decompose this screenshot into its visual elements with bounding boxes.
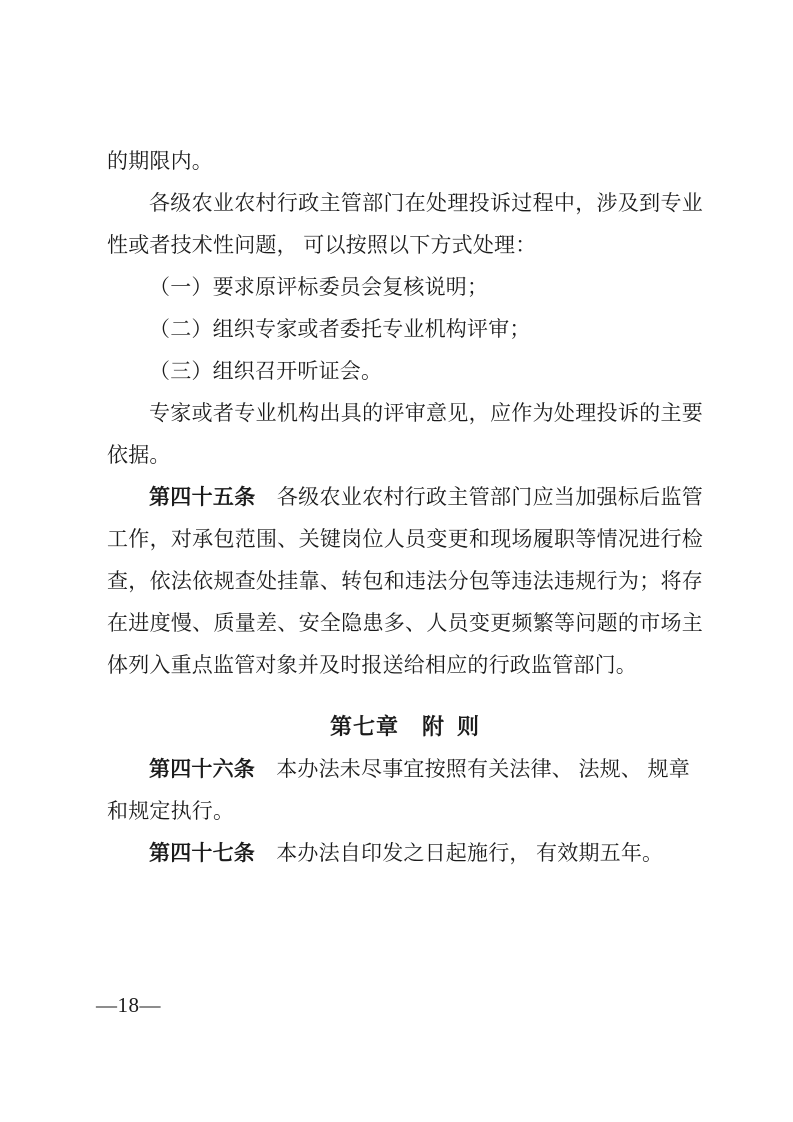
paragraph-process-methods: 各级农业农村行政主管部门在处理投诉过程中，涉及到专业性或者技术性问题， 可以按照… bbox=[107, 182, 703, 266]
article-number-label: 第四十六条 bbox=[149, 757, 255, 781]
list-item-text: （三）组织召开听证会。 bbox=[149, 359, 382, 383]
document-body: 的期限内。 各级农业农村行政主管部门在处理投诉过程中，涉及到专业性或者技术性问题… bbox=[107, 140, 703, 874]
page-number: —18— bbox=[96, 992, 161, 1018]
chapter-heading-text: 第七章 附 则 bbox=[330, 714, 480, 739]
article-number-label: 第四十七条 bbox=[149, 841, 255, 865]
paragraph-text: 的期限内。 bbox=[107, 149, 213, 173]
paragraph-expert-opinion: 专家或者专业机构出具的评审意见，应作为处理投诉的主要依据。 bbox=[107, 392, 703, 476]
paragraph-carryover: 的期限内。 bbox=[107, 140, 703, 182]
list-item-1: （一）要求原评标委员会复核说明； bbox=[107, 266, 703, 308]
article-number-label: 第四十五条 bbox=[149, 485, 256, 509]
document-page: 的期限内。 各级农业农村行政主管部门在处理投诉过程中，涉及到专业性或者技术性问题… bbox=[0, 0, 793, 1122]
paragraph-article-45: 第四十五条 各级农业农村行政主管部门应当加强标后监管工作，对承包范围、关键岗位人… bbox=[107, 476, 703, 686]
list-item-2: （二）组织专家或者委托专业机构评审； bbox=[107, 308, 703, 350]
article-text: 各级农业农村行政主管部门应当加强标后监管工作，对承包范围、关键岗位人员变更和现场… bbox=[107, 485, 703, 677]
list-item-text: （二）组织专家或者委托专业机构评审； bbox=[149, 317, 531, 341]
paragraph-text: 各级农业农村行政主管部门在处理投诉过程中，涉及到专业性或者技术性问题， 可以按照… bbox=[107, 191, 703, 257]
list-item-3: （三）组织召开听证会。 bbox=[107, 350, 703, 392]
chapter-heading: 第七章 附 则 bbox=[107, 706, 703, 748]
list-item-text: （一）要求原评标委员会复核说明； bbox=[149, 275, 488, 299]
paragraph-article-47: 第四十七条 本办法自印发之日起施行， 有效期五年。 bbox=[107, 832, 703, 874]
article-text: 本办法自印发之日起施行， 有效期五年。 bbox=[255, 841, 663, 865]
paragraph-article-46: 第四十六条 本办法未尽事宜按照有关法律、 法规、 规章 和规定执行。 bbox=[107, 748, 703, 832]
paragraph-text: 专家或者专业机构出具的评审意见，应作为处理投诉的主要依据。 bbox=[107, 401, 703, 467]
